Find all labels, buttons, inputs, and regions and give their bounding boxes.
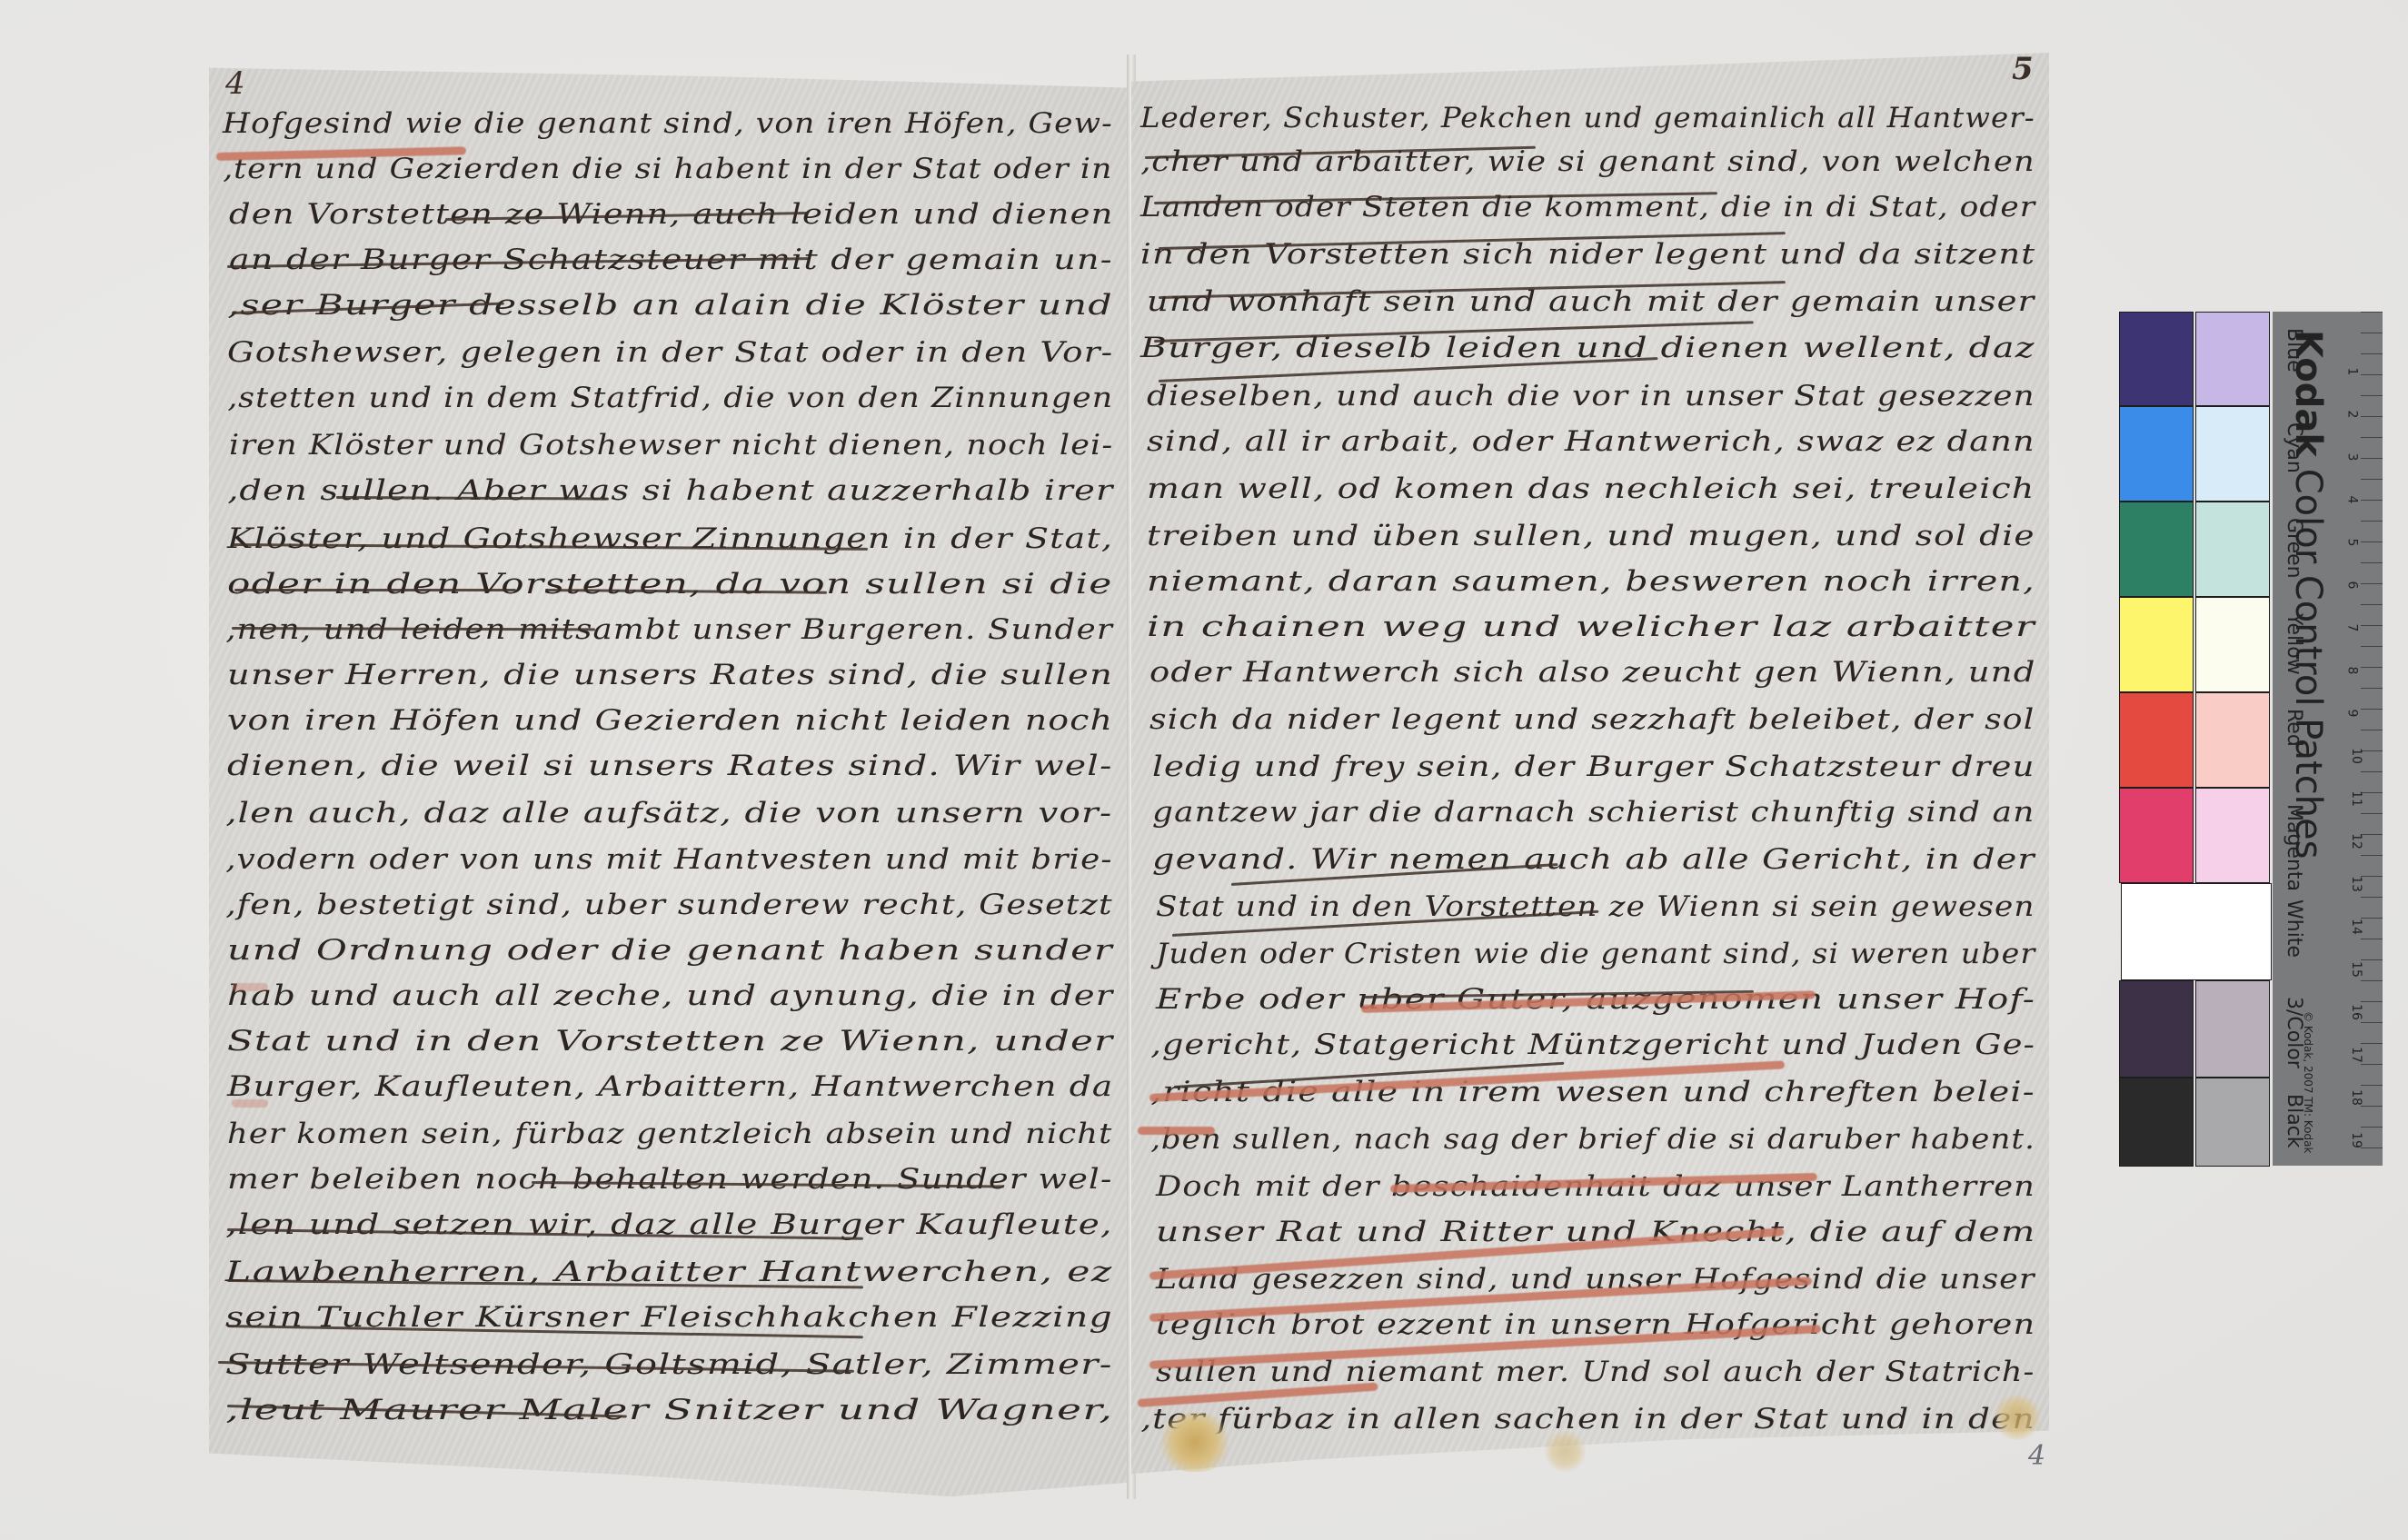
manuscript-line: dienen, die weil si unsers Rates sind. W… (227, 750, 1113, 782)
manuscript-line: unser Herren, die unsers Rates sind, die… (227, 659, 1113, 691)
manuscript-line: und wonhaft sein und auch mit der gemain… (1147, 285, 2035, 318)
manuscript-line: ‚gericht, Statgericht Müntzgericht und J… (1150, 1028, 2035, 1061)
patch-black-dark (2119, 1078, 2194, 1167)
patch-cyan-dark (2119, 406, 2194, 502)
patch-3-color-light (2195, 980, 2270, 1078)
manuscript-line: her komen sein, fürbaz gentzleich absein… (227, 1118, 1112, 1150)
patch-label: Black (2283, 1094, 2305, 1148)
ruler-cm-label: 17 (2349, 1047, 2363, 1063)
patch-green-light (2195, 502, 2270, 597)
manuscript-line: oder Hantwerch sich also zeucht gen Wien… (1149, 656, 2036, 689)
stain (1995, 1395, 2040, 1440)
manuscript-line: iren Klöster und Gotshewser nicht dienen… (229, 429, 1113, 462)
stain (1159, 1413, 1231, 1472)
manuscript-line: ‚ben sullen, nach sag der brief die si d… (1150, 1123, 2035, 1156)
patch-magenta-dark (2119, 788, 2194, 883)
red-crayon-underline (1138, 1127, 1215, 1135)
patch-label: 3/Color (2283, 997, 2305, 1068)
manuscript-line: in chainen weg und welicher laz arbaitte… (1147, 611, 2035, 643)
pencil-foot-number: 4 (2028, 1440, 2045, 1472)
patch-magenta-light (2195, 788, 2270, 883)
manuscript-line: Juden oder Cristen wie die genant sind, … (1156, 938, 2035, 970)
ruler-cm-label: 3 (2344, 453, 2359, 462)
ruler-cm-label: 16 (2349, 1004, 2363, 1020)
patch-black-light (2195, 1078, 2270, 1167)
patch-label: Magenta (2283, 804, 2305, 891)
ink-underline (234, 589, 516, 591)
ruler-cm-label: 8 (2344, 667, 2359, 675)
ruler-cm-label: 14 (2349, 919, 2363, 935)
kodak-color-control-strip: Kodak Color Control Patches © Kodak, 200… (2119, 312, 2392, 1166)
ruler-cm-label: 15 (2349, 961, 2363, 978)
ruler-cm-label: 10 (2349, 748, 2363, 764)
manuscript-line: hab und auch all zeche, und aynung, die … (227, 979, 1114, 1012)
manuscript-line: Hofgesind wie die genant sind, von iren … (223, 107, 1113, 140)
manuscript-line: man well, od komen das nechleich sei, tr… (1147, 472, 2035, 505)
ruler-cm-label: 19 (2349, 1132, 2363, 1148)
faint-red-mark (232, 1099, 268, 1108)
stain (1545, 1431, 1586, 1472)
patch-3-color-dark (2119, 980, 2194, 1078)
patch-red-light (2195, 692, 2270, 788)
ruler-cm-label: 4 (2344, 496, 2359, 504)
ruler-cm-label: 18 (2349, 1089, 2363, 1106)
ruler-cm-label: 5 (2344, 539, 2359, 547)
patch-label: Yellow (2283, 613, 2305, 675)
patch-green-dark (2119, 502, 2194, 597)
left-folio-number: 4 (225, 65, 245, 102)
ruler: Kodak Color Control Patches © Kodak, 200… (2273, 312, 2383, 1166)
manuscript-line: sich da nider legent und sezzhaft beleib… (1149, 703, 2035, 736)
ruler-cm-label: 2 (2344, 411, 2359, 419)
ruler-cm-label: 9 (2344, 710, 2359, 718)
manuscript-line: ‚cher und arbaitter, wie si genant sind,… (1140, 145, 2035, 178)
manuscript-line: ‚ser Burger desselb an alain die Klöster… (227, 289, 1113, 322)
ruler-cm-label: 6 (2344, 581, 2359, 590)
ruler-ticks (2361, 312, 2383, 1166)
manuscript-line: gantzew jar die darnach schierist chunft… (1152, 796, 2035, 829)
patch-label: Red (2283, 709, 2305, 747)
right-folio-number: 5 (2012, 51, 2034, 87)
ruler-cm-label: 1 (2344, 368, 2359, 376)
patch-blue-dark (2119, 312, 2194, 406)
manuscript-line: ‚tern und Gezierden die si habent in der… (223, 153, 1112, 185)
patch-yellow-light (2195, 597, 2270, 692)
manuscript-line: und Ordnung oder die genant haben sunder (227, 934, 1113, 967)
patch-label: Blue (2283, 328, 2305, 373)
manuscript-line: Lederer, Schuster, Pekchen und gemainlic… (1140, 102, 2035, 134)
manuscript-line: mer beleiben noch behalten werden. Sunde… (227, 1163, 1113, 1196)
manuscript-line: gevand. Wir nemen auch ab alle Gericht, … (1152, 843, 2035, 876)
manuscript-line: Burger, Kaufleuten, Arbaittern, Hantwerc… (227, 1070, 1113, 1103)
manuscript-line: ‚stetten und in dem Statfrid, die von de… (227, 382, 1113, 414)
kodak-brand-title: Kodak Color Control Patches (2287, 330, 2329, 859)
manuscript-line: ledig und frey sein, der Burger Schatzst… (1152, 750, 2035, 783)
faint-red-mark (232, 983, 268, 991)
manuscript-line: Klöster, und Gotshewser Zinnungen in der… (227, 522, 1113, 555)
ruler-cm-label: 7 (2344, 624, 2359, 632)
ruler-cm-label: 11 (2349, 790, 2363, 807)
patch-label: White (2283, 899, 2305, 958)
manuscript-line: ‚len auch, daz alle aufsätz, die von uns… (225, 797, 1112, 830)
patch-red-dark (2119, 692, 2194, 788)
manuscript-line: ‚ter fürbaz in allen sachen in der Stat … (1140, 1403, 2035, 1436)
patch-blue-light (2195, 312, 2270, 406)
patch-white (2121, 883, 2272, 980)
ruler-cm-label: 12 (2349, 833, 2363, 849)
manuscript-line: niemant, daran saumen, besweren noch irr… (1147, 565, 2035, 598)
manuscript-line: oder in den Vorstetten, da von sullen si… (227, 568, 1113, 601)
manuscript-line: in den Vorstetten sich nider legent und … (1140, 238, 2035, 271)
manuscript-line: ‚fen, bestetigt sind, uber sunderew rech… (225, 889, 1113, 921)
manuscript-line: sind, all ir arbait, oder Hantwerich, sw… (1147, 425, 2035, 458)
manuscript-line: dieselben, und auch die vor in unser Sta… (1147, 380, 2035, 412)
manuscript-line: Gotshewser, gelegen in der Stat oder in … (227, 336, 1113, 369)
manuscript-line: Stat und in den Vorstetten ze Wienn, und… (227, 1025, 1114, 1058)
ruler-cm-label: 13 (2349, 876, 2363, 892)
patch-cyan-light (2195, 406, 2270, 502)
manuscript-line: ‚den sullen. Aber was si habent auzzerha… (227, 474, 1114, 507)
patch-yellow-dark (2119, 597, 2194, 692)
manuscript-line: ‚vodern oder von uns mit Hantvesten und … (225, 843, 1113, 876)
patch-label: Green (2283, 518, 2305, 579)
patch-label: Cyan (2283, 422, 2305, 473)
manuscript-line: treiben und üben sullen, und mugen, und … (1147, 520, 2035, 552)
manuscript-line: von iren Höfen und Gezierden nicht leide… (227, 704, 1113, 737)
manuscript-line: Stat und in den Vorstetten ze Wienn si s… (1156, 890, 2035, 923)
